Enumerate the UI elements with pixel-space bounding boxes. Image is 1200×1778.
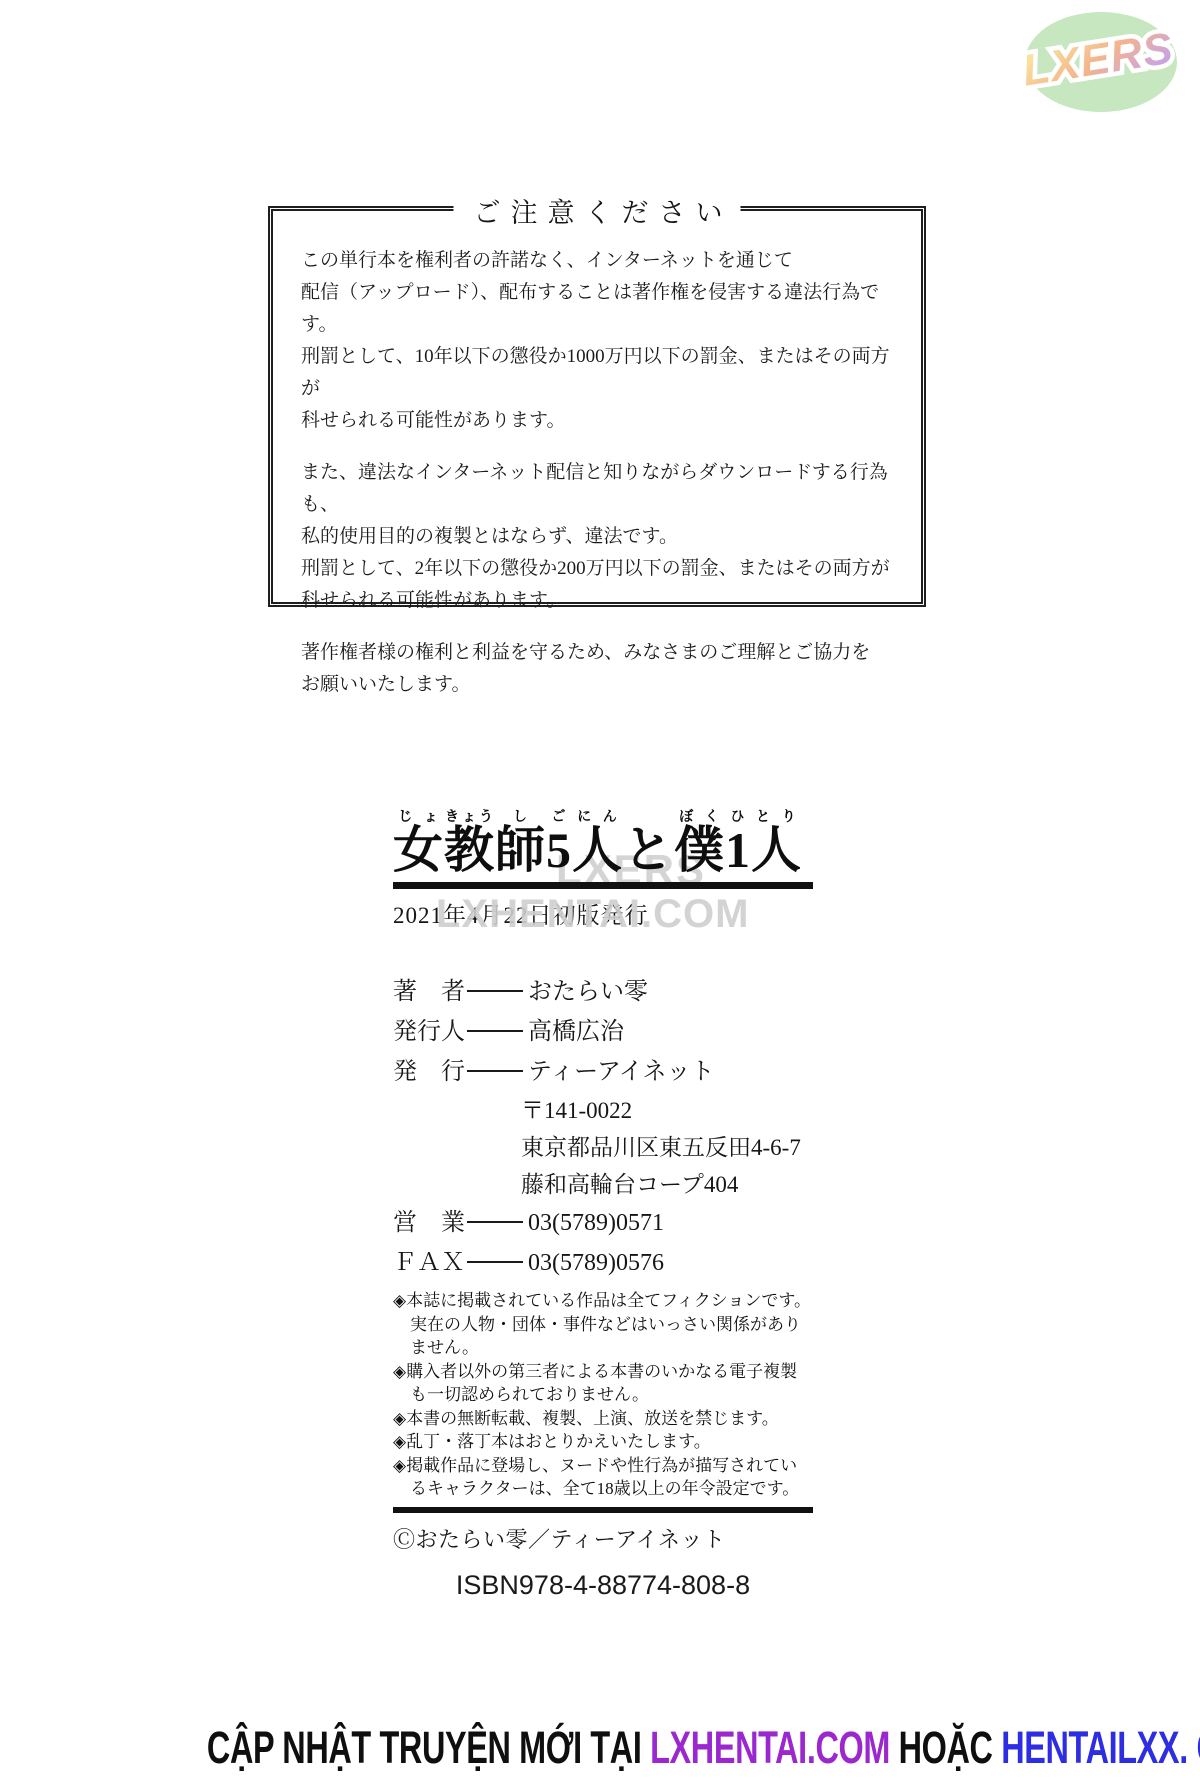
credit-row: 発行人高橋広治 [393, 1012, 813, 1052]
leader-dash [467, 1070, 523, 1072]
notice-paragraph: また、違法なインターネット配信と知りながらダウンロードする行為も、私的使用目的の… [301, 457, 893, 617]
book-title: 女じょ教きょう師し5ご人にんと僕ぼく1人ひとり [393, 810, 813, 875]
credit-value: 03(5789)0571 [528, 1210, 664, 1236]
footer-site-link[interactable]: HENTAILXX. COM [1001, 1722, 1200, 1773]
leader-dash [467, 990, 523, 992]
title-char: 女じょ [393, 822, 444, 878]
credit-label: 営 業 [393, 1203, 467, 1243]
footer-segment: HOẶC [890, 1722, 1001, 1773]
copyright-notice-box: ご注意ください この単行本を権利者の許諾なく、インターネットを通じて配信（アップ… [268, 206, 926, 607]
credits-list: 著 者おたらい零発行人高橋広治発 行ティーアイネット [393, 972, 813, 1092]
publisher-address: 〒141-0022東京都品川区東五反田4-6-7藤和高輪台コープ404 [521, 1092, 813, 1203]
site-logo-text: LXERS [1019, 23, 1177, 96]
credit-label: ＦＡＸ [393, 1243, 467, 1283]
bottom-rule [393, 1507, 813, 1513]
title-rule [393, 882, 813, 889]
title-char: と [623, 822, 674, 878]
edition-date: 2021年4月22日初版発行 [393, 897, 813, 930]
footer-site-link[interactable]: LXHENTAI.COM [650, 1722, 890, 1773]
credit-row: ＦＡＸ03(5789)0576 [393, 1243, 813, 1283]
credit-row: 著 者おたらい零 [393, 972, 813, 1012]
notice-title: ご注意ください [454, 191, 741, 230]
credit-label: 著 者 [393, 972, 467, 1012]
credit-value: ティーアイネット [528, 1059, 714, 1085]
disclaimer-item: ◈乱丁・落丁本はおとりかえいたします。 [393, 1430, 813, 1454]
credit-label: 発 行 [393, 1052, 467, 1092]
leader-dash [467, 1261, 523, 1263]
site-logo: LXERS LXERS [1025, 12, 1177, 112]
title-char: 教きょう [444, 822, 495, 878]
address-line: 〒141-0022 [521, 1092, 813, 1129]
title-char: 僕ぼく [674, 822, 725, 878]
footer-banner: CẬP NHẬT TRUYỆN MỚI TẠI LXHENTAI.COM HOẶ… [0, 1722, 1200, 1774]
leader-dash [467, 1221, 523, 1223]
credit-label: 発行人 [393, 1012, 467, 1052]
leader-dash [467, 1030, 523, 1032]
copyright-line: Ⓒおたらい零／ティーアイネット [393, 1523, 813, 1554]
colophon-page: LXERS LXERS ご注意ください この単行本を権利者の許諾なく、インターネ… [0, 0, 1200, 1778]
credit-row: 発 行ティーアイネット [393, 1052, 813, 1092]
footer-segment: CẬP NHẬT TRUYỆN MỚI TẠI [207, 1722, 650, 1773]
disclaimer-item: ◈購入者以外の第三者による本書のいかなる電子複製も一切認められておりません。 [393, 1360, 813, 1407]
notice-paragraph: 著作権者様の権利と利益を守るため、みなさまのご理解とご協力をお願いいたします。 [301, 637, 893, 701]
title-char: 5ご [546, 822, 572, 878]
title-char: 人にん [572, 822, 623, 878]
title-char: 師し [495, 822, 546, 878]
credit-value: 高橋広治 [528, 1019, 624, 1045]
disclaimer-item: ◈本書の無断転載、複製、上演、放送を禁じます。 [393, 1407, 813, 1431]
isbn: ISBN978-4-88774-808-8 [393, 1570, 813, 1601]
footer-text: CẬP NHẬT TRUYỆN MỚI TẠI LXHENTAI.COM HOẶ… [207, 1722, 1200, 1774]
credit-value: おたらい零 [528, 979, 648, 1005]
credit-row: 営 業03(5789)0571 [393, 1203, 813, 1243]
disclaimer-item: ◈掲載作品に登場し、ヌードや性行為が描写されているキャラクターは、全て18歳以上… [393, 1454, 813, 1501]
address-line: 東京都品川区東五反田4-6-7 [521, 1129, 813, 1166]
colophon-block: 女じょ教きょう師し5ご人にんと僕ぼく1人ひとり 2021年4月22日初版発行 著… [393, 810, 813, 1601]
disclaimer-item: ◈本誌に掲載されている作品は全てフィクションです。実在の人物・団体・事件などはい… [393, 1289, 813, 1360]
title-char: 1人ひとり [725, 822, 802, 878]
disclaimer-list: ◈本誌に掲載されている作品は全てフィクションです。実在の人物・団体・事件などはい… [393, 1289, 813, 1501]
credit-value: 03(5789)0576 [528, 1250, 664, 1276]
notice-paragraphs: この単行本を権利者の許諾なく、インターネットを通じて配信（アップロード）、配布す… [273, 211, 921, 701]
notice-paragraph: この単行本を権利者の許諾なく、インターネットを通じて配信（アップロード）、配布す… [301, 245, 893, 437]
address-line: 藤和高輪台コープ404 [521, 1166, 813, 1203]
contacts-list: 営 業03(5789)0571ＦＡＸ03(5789)0576 [393, 1203, 813, 1283]
